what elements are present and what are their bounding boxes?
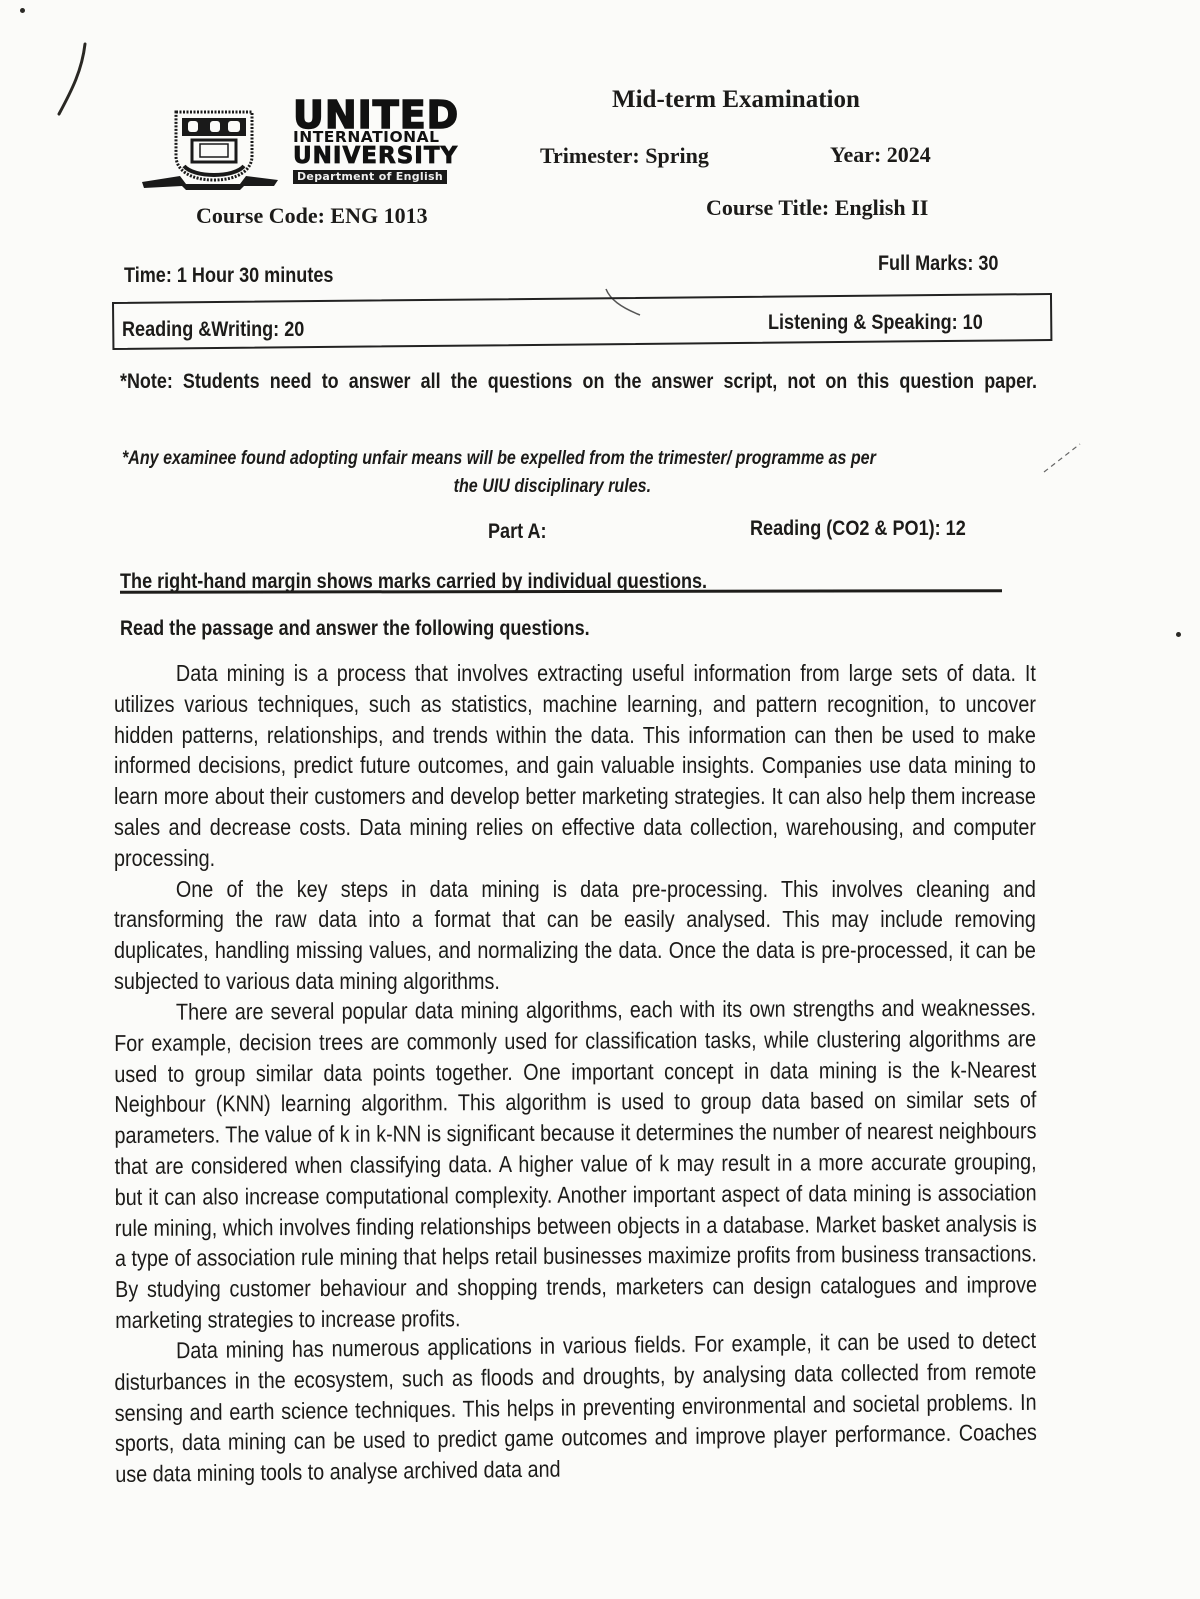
- course-title: Course Title: English II: [706, 195, 928, 221]
- full-marks: Full Marks: 30: [878, 252, 998, 276]
- exam-title: Mid-term Examination: [612, 86, 860, 114]
- listening-speaking-marks: Listening & Speaking: 10: [768, 311, 983, 335]
- course-code: Course Code: ENG 1013: [196, 203, 428, 229]
- part-label: Part A:: [488, 520, 547, 544]
- logo-united: UNITED: [293, 100, 508, 130]
- trimester: Trimester: Spring: [540, 143, 709, 169]
- unfair-means-warning: *Any examinee found adopting unfair mean…: [122, 445, 1036, 501]
- year: Year: 2024: [830, 142, 931, 168]
- pen-dash-mark: [1040, 438, 1090, 478]
- passage-paragraph: One of the key steps in data mining is d…: [114, 874, 1036, 997]
- exam-time: Time: 1 Hour 30 minutes: [124, 264, 333, 288]
- logo-department: Department of English: [293, 170, 447, 184]
- university-emblem-icon: [140, 108, 280, 190]
- logo-university: UNIVERSITY: [293, 145, 508, 167]
- pen-slash-mark: [52, 40, 92, 120]
- answer-script-note: *Note: Students need to answer all the q…: [120, 366, 1042, 397]
- warning-line-2: the UIU disciplinary rules.: [122, 473, 1036, 501]
- reading-writing-marks: Reading &Writing: 20: [122, 318, 304, 342]
- reading-passage: Data mining is a process that involves e…: [114, 658, 1034, 1490]
- passage-paragraph: There are several popular data mining al…: [114, 992, 1037, 1335]
- warning-line-1: *Any examinee found adopting unfair mean…: [122, 448, 876, 469]
- passage-paragraph: Data mining is a process that involves e…: [114, 658, 1036, 874]
- pen-dot-mark: [20, 8, 25, 13]
- university-logo-text: UNITED INTERNATIONAL UNIVERSITY Departme…: [293, 100, 508, 185]
- pen-dot-mark: [1176, 632, 1181, 637]
- section-marks: Reading (CO2 & PO1): 12: [750, 517, 966, 541]
- passage-paragraph: Data mining has numerous applications in…: [114, 1324, 1037, 1489]
- passage-instruction: Read the passage and answer the followin…: [120, 617, 590, 641]
